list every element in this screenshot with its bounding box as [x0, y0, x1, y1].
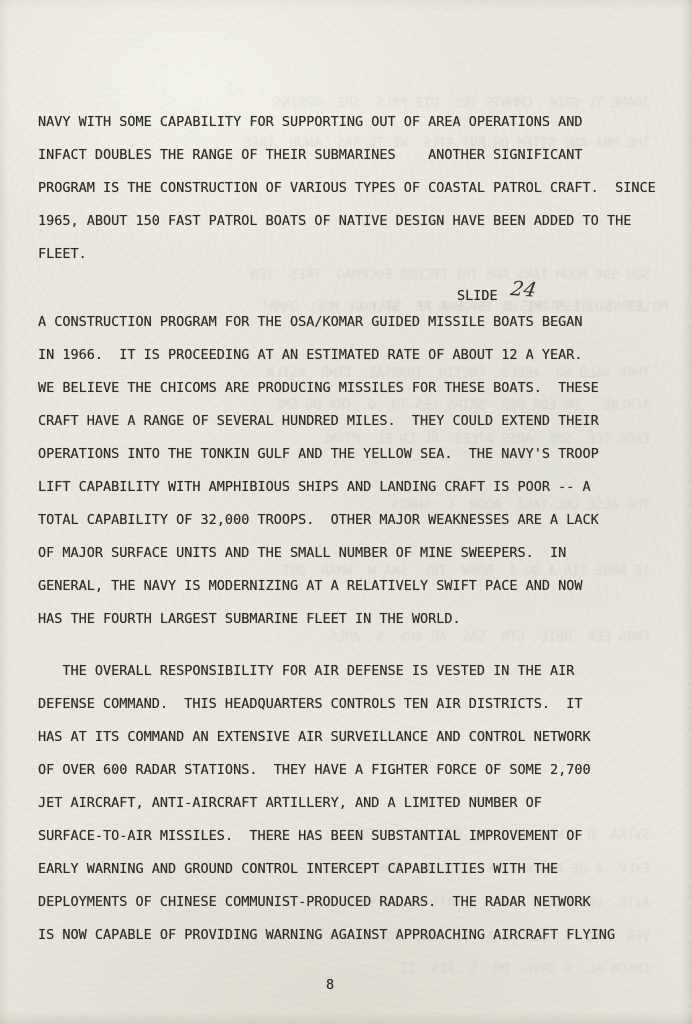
bleed-line: CMSON AL E SRVE DR S RES IE — [42, 962, 650, 977]
slide-caption: SLIDE24 — [457, 281, 536, 305]
paragraph-navy-patrol-craft: NAVY WITH SOME CAPABILITY FOR SUPPORTING… — [38, 106, 656, 271]
slide-caption-label: SLIDE — [457, 288, 498, 304]
document-page: JOAME TL GRDE CMMNTS TES DTE PRLS SME OP… — [0, 0, 692, 1024]
paragraph-air-defense: THE OVERALL RESPONSIBILITY FOR AIR DEFEN… — [38, 655, 615, 952]
page-number: 8 — [326, 977, 334, 993]
slide-number-handwritten: 24 — [509, 276, 539, 302]
paragraph-osa-komar-navy: A CONSTRUCTION PROGRAM FOR THE OSA/KOMAR… — [38, 306, 599, 636]
